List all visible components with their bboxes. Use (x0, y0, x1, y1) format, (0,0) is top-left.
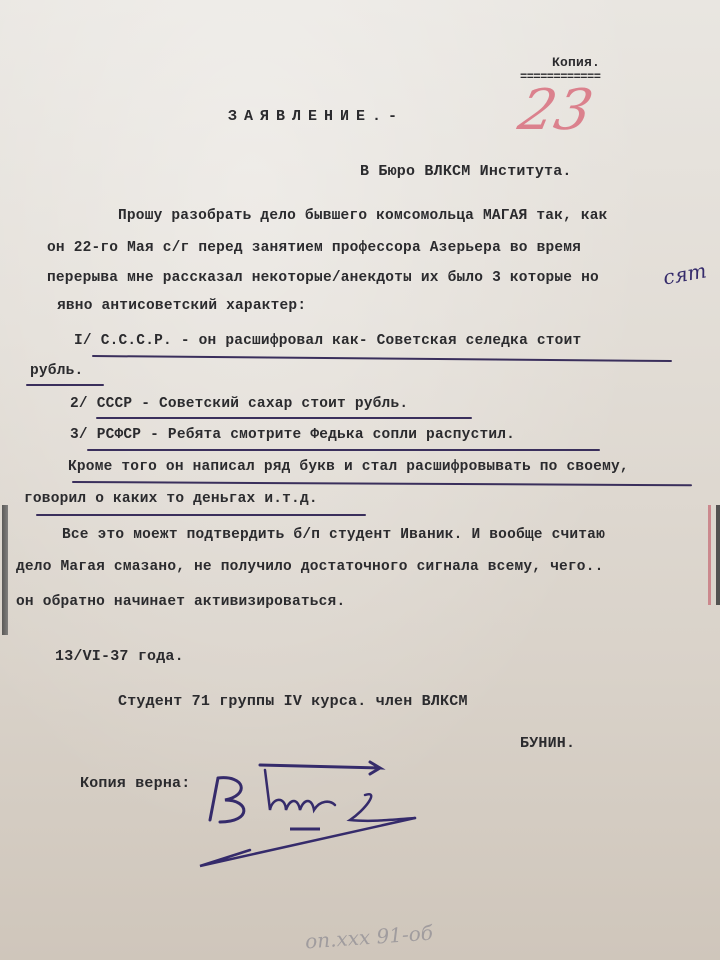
item-1-line-2: рубль. (30, 363, 83, 379)
page-edge-left (2, 505, 8, 635)
handwritten-insertion: сят (661, 258, 708, 289)
underline (26, 384, 104, 386)
closing-line: он обратно начинает активизироваться. (16, 594, 345, 610)
closing-line: дело Магая смазано, не получило достаточ… (16, 559, 604, 575)
author-description: Студент 71 группы IV курса. член ВЛКСМ (118, 693, 468, 710)
underline (96, 417, 472, 419)
author-surname: БУНИН. (520, 735, 575, 752)
item-3: 3/ РСФСР - Ребята смотрите Федька сопли … (70, 427, 515, 443)
item-2: 2/ СССР - Советский сахар стоит рубль. (70, 396, 408, 412)
item-1-line-1: I/ С.С.С.Р. - он расшифровал как- Советс… (74, 333, 581, 349)
body-line: перерыва мне рассказал некоторые/анекдот… (47, 270, 599, 286)
copy-verified-label: Копия верна: (80, 775, 190, 792)
extra-line: Кроме того он написал ряд букв и стал ра… (68, 459, 629, 475)
underline (87, 449, 600, 451)
closing-line: Все это моежт подтвердить б/п студент Ив… (62, 527, 605, 543)
stamp-number: 23 (513, 78, 598, 143)
document-date: 13/VI-37 года. (55, 648, 184, 665)
page-edge-right (708, 505, 720, 605)
body-line: Прошу разобрать дело бывшего комсомольца… (118, 208, 608, 224)
pencil-archive-note: оп.ххх 91-об (304, 921, 433, 954)
copy-mark: Копия. (552, 55, 600, 70)
signature (190, 750, 450, 880)
body-line: явно антисоветский характер: (57, 298, 306, 314)
extra-line: говорил о каких то деньгах и.т.д. (24, 491, 318, 507)
underline (36, 514, 366, 516)
addressee: В Бюро ВЛКСМ Института. (360, 163, 572, 180)
underline (92, 355, 672, 362)
body-line: он 22-го Мая с/г перед занятием профессо… (47, 240, 581, 256)
underline (72, 481, 692, 486)
document-title: ЗАЯВЛЕНИЕ.- (228, 108, 404, 125)
